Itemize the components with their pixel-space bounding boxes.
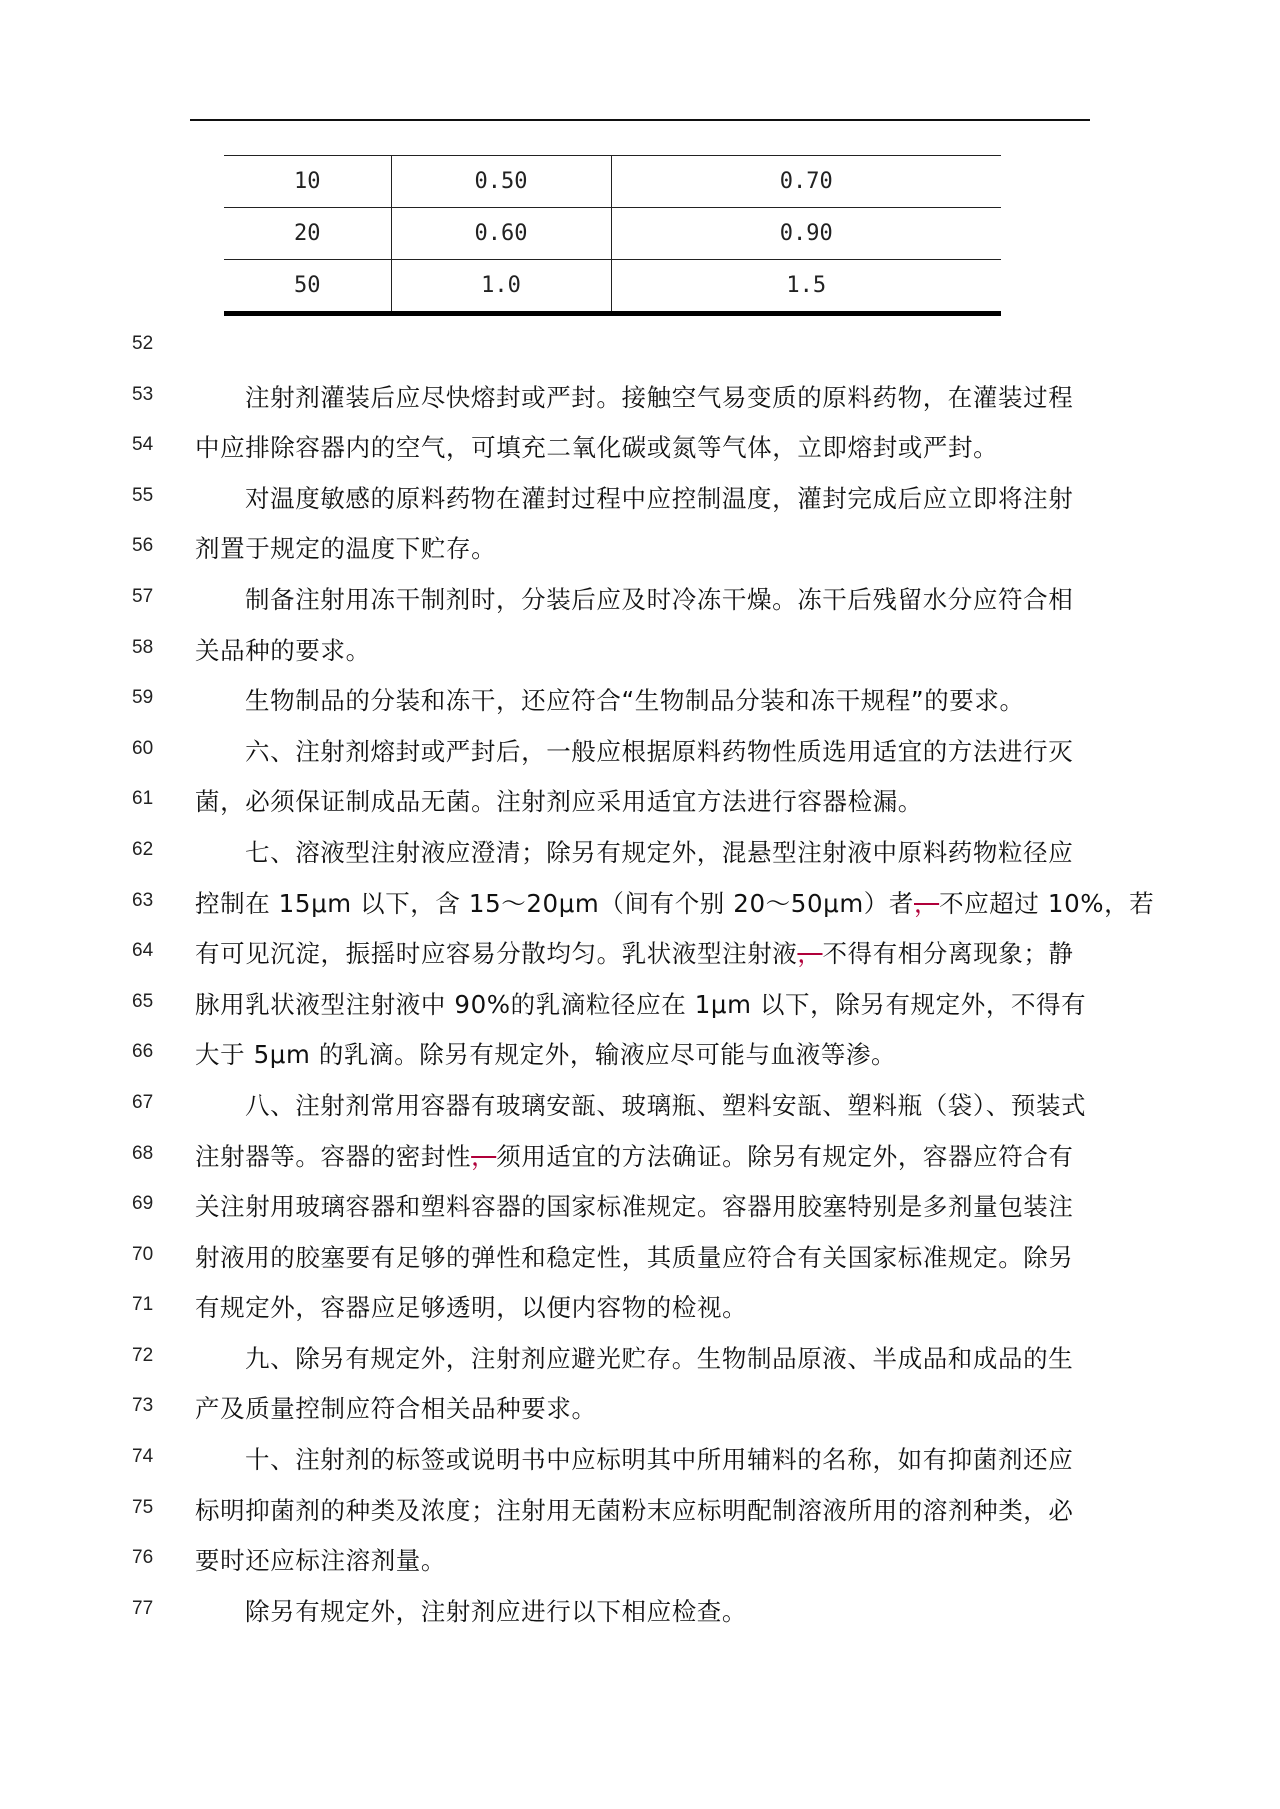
line-number: 72 [132, 1345, 153, 1367]
table-cell: 10 [224, 156, 391, 208]
line-number: 53 [132, 384, 153, 406]
tracked-deletion-mark: ， [471, 1142, 496, 1171]
table-cell: 0.50 [391, 156, 611, 208]
table-cell: 0.60 [391, 208, 611, 260]
line-text: 产及质量控制应符合相关品种要求。 [195, 1390, 1095, 1425]
table-cell: 1.0 [391, 260, 611, 314]
line-number: 75 [132, 1497, 153, 1519]
text-line: 73产及质量控制应符合相关品种要求。 [0, 1385, 1280, 1436]
table-row: 50 1.0 1.5 [224, 260, 1001, 314]
line-number: 67 [132, 1092, 153, 1114]
text-line: 64有可见沉淀，振摇时应容易分散均匀。乳状液型注射液，不得有相分离现象；静 [0, 930, 1280, 981]
line-number: 57 [132, 586, 153, 608]
table-cell: 0.90 [611, 208, 1001, 260]
line-number: 62 [132, 839, 153, 861]
text-line: 62七、溶液型注射液应澄清；除另有规定外，混悬型注射液中原料药物粒径应 [0, 829, 1280, 880]
line-text-segment: 有可见沉淀，振摇时应容易分散均匀。乳状液型注射液 [195, 939, 797, 968]
line-text: 制备注射用冻干制剂时，分装后应及时冷冻干燥。冻干后残留水分应符合相 [245, 581, 1145, 616]
line-number: 61 [132, 788, 153, 810]
text-line: 70射液用的胶塞要有足够的弹性和稳定性，其质量应符合有关国家标准规定。除另 [0, 1234, 1280, 1285]
text-line: 55对温度敏感的原料药物在灌封过程中应控制温度，灌封完成后应立即将注射 [0, 475, 1280, 526]
text-line: 71有规定外，容器应足够透明，以便内容物的检视。 [0, 1284, 1280, 1335]
line-text: 中应排除容器内的空气，可填充二氧化碳或氮等气体，立即熔封或严封。 [195, 429, 1095, 464]
line-text: 注射器等。容器的密封性，须用适宜的方法确证。除另有规定外，容器应符合有 [195, 1138, 1095, 1173]
header-rule [190, 119, 1090, 121]
line-text: 关品种的要求。 [195, 632, 1095, 667]
line-text: 生物制品的分装和冻干，还应符合“生物制品分装和冻干规程”的要求。 [245, 682, 1145, 717]
line-text-segment: 注射器等。容器的密封性 [195, 1142, 471, 1171]
line-text: 除另有规定外，注射剂应进行以下相应检查。 [245, 1593, 1145, 1628]
line-text: 射液用的胶塞要有足够的弹性和稳定性，其质量应符合有关国家标准规定。除另 [195, 1239, 1095, 1274]
text-line: 56剂置于规定的温度下贮存。 [0, 525, 1280, 576]
line-number: 64 [132, 940, 153, 962]
line-text-segment: 不应超过 10%，若 [939, 889, 1154, 918]
table-row: 20 0.60 0.90 [224, 208, 1001, 260]
line-text: 关注射用玻璃容器和塑料容器的国家标准规定。容器用胶塞特别是多剂量包装注 [195, 1188, 1095, 1223]
text-line: 61菌，必须保证制成品无菌。注射剂应采用适宜方法进行容器检漏。 [0, 778, 1280, 829]
line-number: 59 [132, 687, 153, 709]
text-line: 76要时还应标注溶剂量。 [0, 1537, 1280, 1588]
line-text: 九、除另有规定外，注射剂应避光贮存。生物制品原液、半成品和成品的生 [245, 1340, 1145, 1375]
line-number: 70 [132, 1244, 153, 1266]
line-number: 56 [132, 535, 153, 557]
line-number: 74 [132, 1446, 153, 1468]
line-text: 要时还应标注溶剂量。 [195, 1542, 1095, 1577]
line-text: 有规定外，容器应足够透明，以便内容物的检视。 [195, 1289, 1095, 1324]
text-line: 58关品种的要求。 [0, 627, 1280, 678]
line-text-segment: 控制在 15μm 以下，含 15～20μm（间有个别 20～50μm）者 [195, 889, 914, 918]
table-cell: 50 [224, 260, 391, 314]
text-line: 59生物制品的分装和冻干，还应符合“生物制品分装和冻干规程”的要求。 [0, 677, 1280, 728]
text-line: 68注射器等。容器的密封性，须用适宜的方法确证。除另有规定外，容器应符合有 [0, 1133, 1280, 1184]
text-line: 67八、注射剂常用容器有玻璃安瓿、玻璃瓶、塑料安瓿、塑料瓶（袋）、预装式 [0, 1082, 1280, 1133]
text-line: 74十、注射剂的标签或说明书中应标明其中所用辅料的名称，如有抑菌剂还应 [0, 1436, 1280, 1487]
line-text: 六、注射剂熔封或严封后，一般应根据原料药物性质选用适宜的方法进行灭 [245, 733, 1145, 768]
line-text: 七、溶液型注射液应澄清；除另有规定外，混悬型注射液中原料药物粒径应 [245, 834, 1145, 869]
line-number: 63 [132, 890, 153, 912]
text-line: 66大于 5μm 的乳滴。除另有规定外，输液应尽可能与血液等渗。 [0, 1031, 1280, 1082]
table-cell: 1.5 [611, 260, 1001, 314]
data-table: 10 0.50 0.70 20 0.60 0.90 50 1.0 1.5 [224, 155, 1001, 316]
line-number: 76 [132, 1547, 153, 1569]
line-text: 菌，必须保证制成品无菌。注射剂应采用适宜方法进行容器检漏。 [195, 783, 1095, 818]
line-text: 剂置于规定的温度下贮存。 [195, 530, 1095, 565]
line-number: 68 [132, 1143, 153, 1165]
line-text: 有可见沉淀，振摇时应容易分散均匀。乳状液型注射液，不得有相分离现象；静 [195, 935, 1095, 970]
line-number: 65 [132, 991, 153, 1013]
text-line: 60六、注射剂熔封或严封后，一般应根据原料药物性质选用适宜的方法进行灭 [0, 728, 1280, 779]
text-line: 54中应排除容器内的空气，可填充二氧化碳或氮等气体，立即熔封或严封。 [0, 424, 1280, 475]
text-line: 77除另有规定外，注射剂应进行以下相应检查。 [0, 1588, 1280, 1639]
line-text-segment: 须用适宜的方法确证。除另有规定外，容器应符合有 [496, 1142, 1073, 1171]
line-number: 58 [132, 637, 153, 659]
line-number: 55 [132, 485, 153, 507]
text-line: 57制备注射用冻干制剂时，分装后应及时冷冻干燥。冻干后残留水分应符合相 [0, 576, 1280, 627]
numbered-text-body: 5253注射剂灌装后应尽快熔封或严封。接触空气易变质的原料药物，在灌装过程54中… [0, 323, 1280, 1638]
table-row: 10 0.50 0.70 [224, 156, 1001, 208]
line-number: 66 [132, 1041, 153, 1063]
line-text: 大于 5μm 的乳滴。除另有规定外，输液应尽可能与血液等渗。 [195, 1036, 1095, 1071]
table-cell: 20 [224, 208, 391, 260]
line-text: 八、注射剂常用容器有玻璃安瓿、玻璃瓶、塑料安瓿、塑料瓶（袋）、预装式 [245, 1087, 1145, 1122]
text-line: 69关注射用玻璃容器和塑料容器的国家标准规定。容器用胶塞特别是多剂量包装注 [0, 1183, 1280, 1234]
text-line: 75标明抑菌剂的种类及浓度；注射用无菌粉末应标明配制溶液所用的溶剂种类，必 [0, 1487, 1280, 1538]
line-text: 十、注射剂的标签或说明书中应标明其中所用辅料的名称，如有抑菌剂还应 [245, 1441, 1145, 1476]
line-text: 控制在 15μm 以下，含 15～20μm（间有个别 20～50μm）者，不应超… [195, 885, 1095, 920]
line-number: 69 [132, 1193, 153, 1215]
line-text: 注射剂灌装后应尽快熔封或严封。接触空气易变质的原料药物，在灌装过程 [245, 379, 1145, 414]
text-line: 72九、除另有规定外，注射剂应避光贮存。生物制品原液、半成品和成品的生 [0, 1335, 1280, 1386]
line-text: 标明抑菌剂的种类及浓度；注射用无菌粉末应标明配制溶液所用的溶剂种类，必 [195, 1492, 1095, 1527]
text-line: 52 [0, 323, 1280, 374]
line-number: 77 [132, 1598, 153, 1620]
table-cell: 0.70 [611, 156, 1001, 208]
text-line: 53注射剂灌装后应尽快熔封或严封。接触空气易变质的原料药物，在灌装过程 [0, 374, 1280, 425]
line-number: 52 [132, 333, 153, 355]
line-text: 脉用乳状液型注射液中 90%的乳滴粒径应在 1μm 以下，除另有规定外，不得有 [195, 986, 1095, 1021]
tracked-deletion-mark: ， [797, 939, 822, 968]
tracked-deletion-mark: ， [914, 889, 939, 918]
line-number: 60 [132, 738, 153, 760]
text-line: 63控制在 15μm 以下，含 15～20μm（间有个别 20～50μm）者，不… [0, 880, 1280, 931]
line-number: 54 [132, 434, 153, 456]
line-number: 73 [132, 1395, 153, 1417]
line-number: 71 [132, 1294, 153, 1316]
line-text-segment: 不得有相分离现象；静 [823, 939, 1074, 968]
line-text: 对温度敏感的原料药物在灌封过程中应控制温度，灌封完成后应立即将注射 [245, 480, 1145, 515]
text-line: 65脉用乳状液型注射液中 90%的乳滴粒径应在 1μm 以下，除另有规定外，不得… [0, 981, 1280, 1032]
